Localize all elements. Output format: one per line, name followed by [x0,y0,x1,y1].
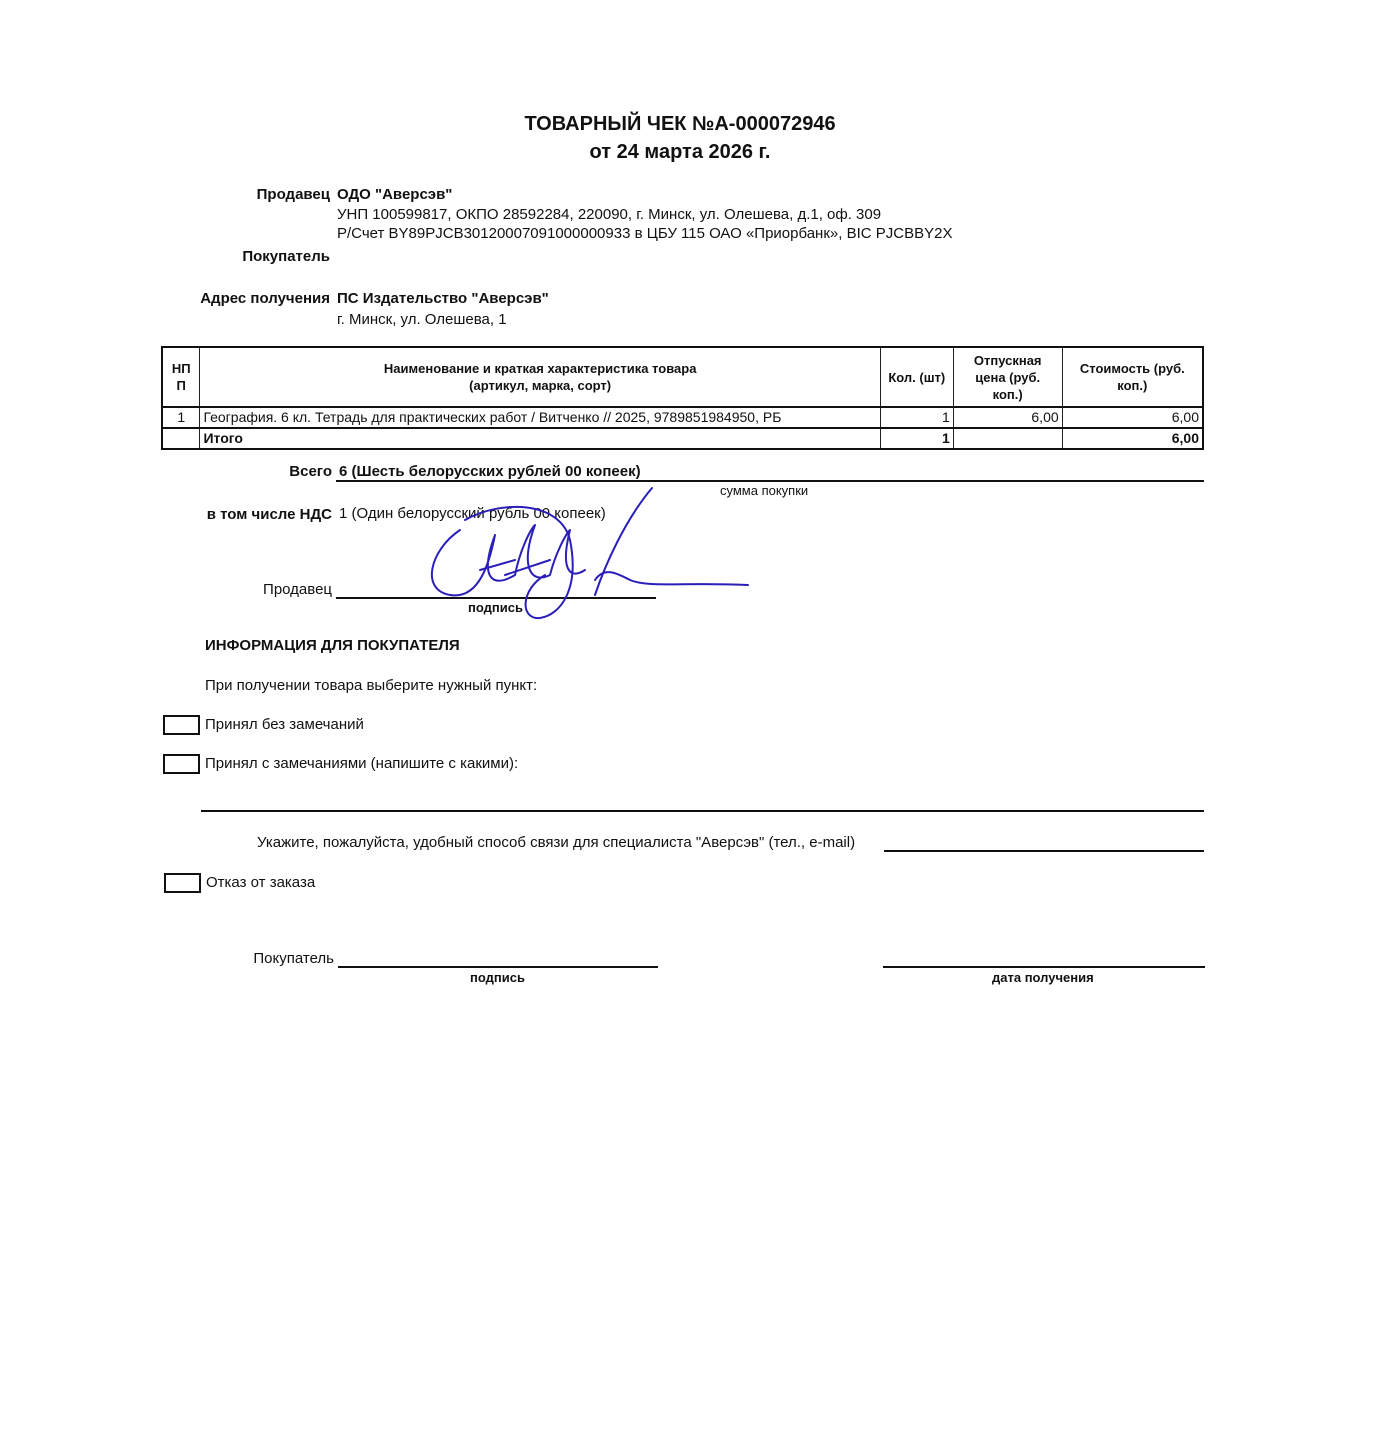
total-np [162,428,200,449]
seller-label: Продавец [200,186,330,203]
buyer-label: Покупатель [200,248,330,265]
column-header-cost: Стоимость (руб. коп.) [1062,347,1203,407]
column-header-np: НП П [162,347,200,407]
total-sum-caption: сумма покупки [720,483,808,498]
remarks-input-line[interactable] [201,810,1204,812]
buyer-info-heading: ИНФОРМАЦИЯ ДЛЯ ПОКУПАТЕЛЯ [205,637,460,654]
row-name: География. 6 кл. Тетрадь для практически… [200,407,880,428]
row-qty: 1 [880,407,953,428]
vat-value: 1 (Один белорусский рубль 00 копеек) [339,505,606,522]
buyer-signature-line[interactable] [338,966,658,968]
row-price: 6,00 [953,407,1062,428]
seller-signature-line [336,597,656,599]
total-cost: 6,00 [1062,428,1203,449]
option-accepted-checkbox[interactable] [163,715,200,735]
receipt-title: ТОВАРНЫЙ ЧЕК №А-000072946 [0,113,1360,136]
buyer-signature-caption: подпись [470,970,525,985]
seller-details-line1: УНП 100599817, ОКПО 28592284, 220090, г.… [337,206,881,223]
option-accepted-with-remarks-label: Принял с замечаниями (напишите с какими)… [205,755,518,772]
contact-prompt: Укажите, пожалуйста, удобный способ связ… [257,834,855,851]
option-order-refused-label: Отказ от заказа [206,874,315,891]
seller-signature-caption: подпись [468,600,523,615]
receipt-date: от 24 марта 2026 г. [0,141,1360,164]
seller-name: ОДО "Аверсэв" [337,186,452,203]
total-label: Итого [200,428,880,449]
delivery-name: ПС Издательство "Аверсэв" [337,290,549,307]
total-qty: 1 [880,428,953,449]
items-table: НП П Наименование и краткая характеристи… [161,346,1204,450]
table-header-row: НП П Наименование и краткая характеристи… [162,347,1203,407]
buyer-signature-label: Покупатель [200,950,334,967]
seller-signature-label: Продавец [200,581,332,598]
contact-input-line[interactable] [884,850,1204,852]
total-sum-label: Всего [200,463,332,480]
total-sum-underline [336,480,1204,482]
total-price [953,428,1062,449]
vat-label: в том числе НДС [150,506,332,523]
seller-details-line2: Р/Счет BY89PJCB30120007091000000933 в ЦБ… [337,225,952,242]
column-header-price: Отпускная цена (руб. коп.) [953,347,1062,407]
total-sum-value: 6 (Шесть белорусских рублей 00 копеек) [339,463,641,480]
row-np: 1 [162,407,200,428]
column-header-name: Наименование и краткая характеристика то… [200,347,880,407]
column-header-qty: Кол. (шт) [880,347,953,407]
table-row: 1 География. 6 кл. Тетрадь для практичес… [162,407,1203,428]
option-accepted-label: Принял без замечаний [205,716,364,733]
option-accepted-with-remarks-checkbox[interactable] [163,754,200,774]
table-total-row: Итого 1 6,00 [162,428,1203,449]
row-cost: 6,00 [1062,407,1203,428]
option-order-refused-checkbox[interactable] [164,873,201,893]
receipt-date-line[interactable] [883,966,1205,968]
receipt-date-caption: дата получения [992,970,1094,985]
buyer-info-instruction: При получении товара выберите нужный пун… [205,677,537,694]
delivery-address: г. Минск, ул. Олешева, 1 [337,311,507,328]
delivery-label: Адрес получения [150,290,330,307]
